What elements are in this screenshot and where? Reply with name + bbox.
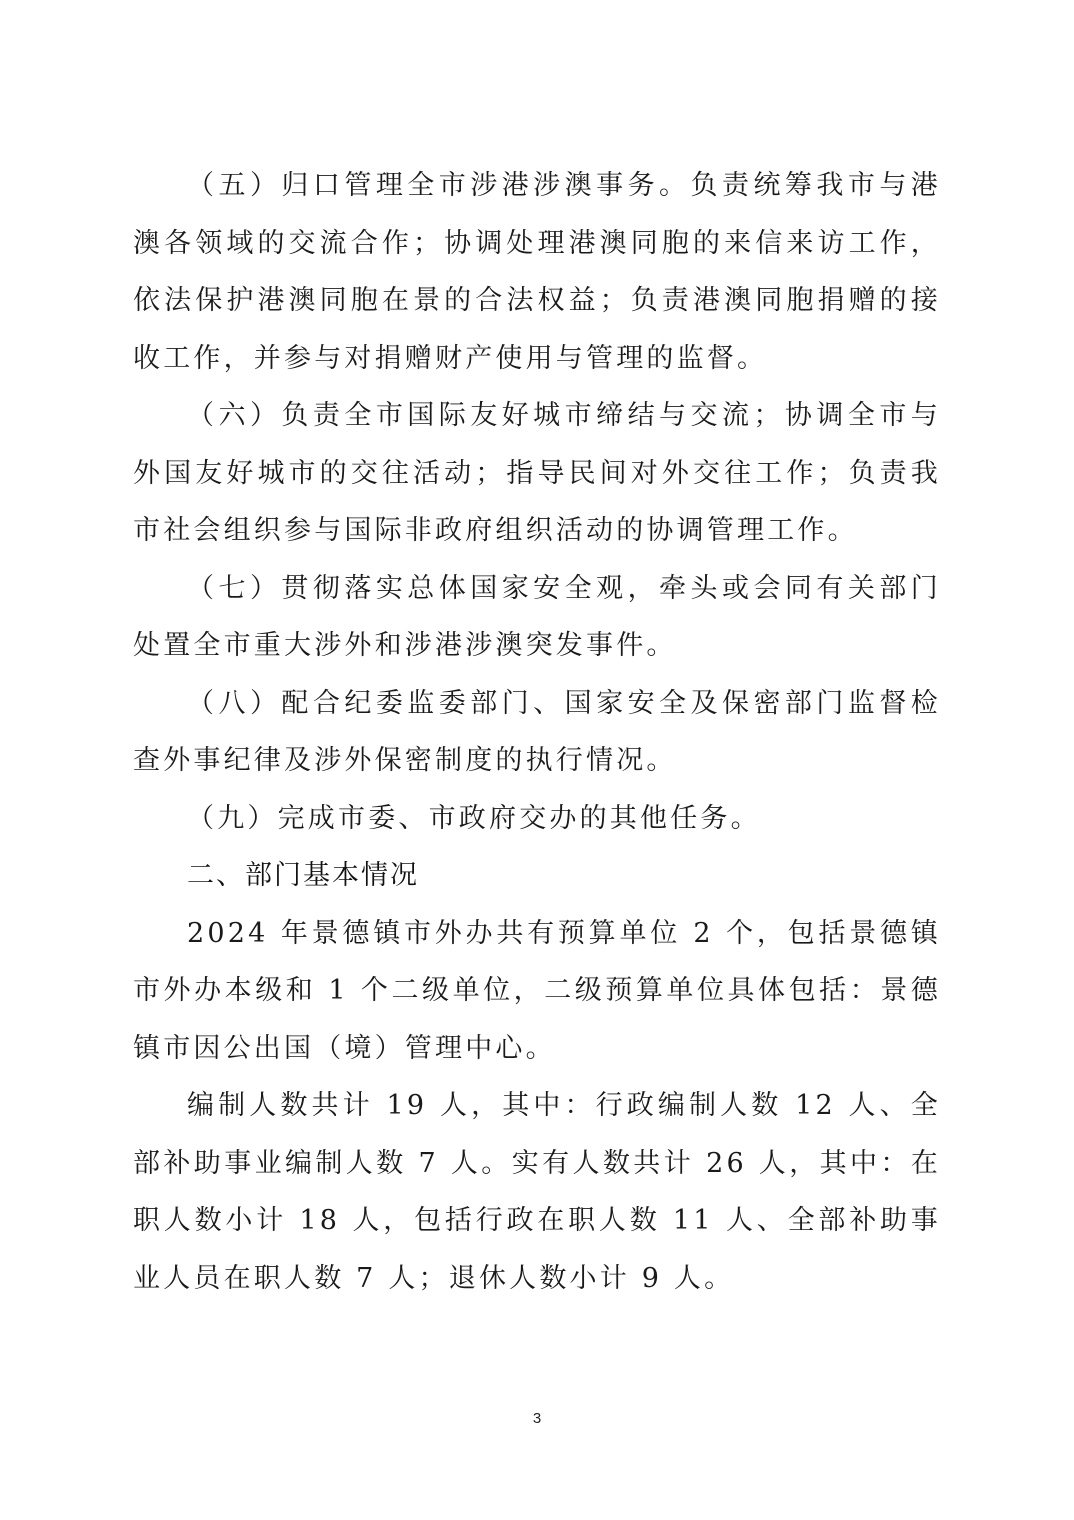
paragraph-item-5: （五）归口管理全市涉港涉澳事务。负责统筹我市与港澳各领域的交流合作；协调处理港澳… [133, 157, 941, 387]
paragraph-item-6: （六）负责全市国际友好城市缔结与交流；协调全市与外国友好城市的交往活动；指导民间… [133, 387, 941, 560]
section-heading: 二、部门基本情况 [133, 847, 941, 905]
paragraph-item-8: （八）配合纪委监委部门、国家安全及保密部门监督检查外事纪律及涉外保密制度的执行情… [133, 675, 941, 790]
document-page: （五）归口管理全市涉港涉澳事务。负责统筹我市与港澳各领域的交流合作；协调处理港澳… [133, 157, 941, 1307]
page-number: 3 [0, 1410, 1074, 1427]
paragraph-staffing: 编制人数共计 19 人，其中：行政编制人数 12 人、全部补助事业编制人数 7 … [133, 1077, 941, 1307]
paragraph-budget-units: 2024 年景德镇市外办共有预算单位 2 个，包括景德镇市外办本级和 1 个二级… [133, 905, 941, 1078]
paragraph-item-9: （九）完成市委、市政府交办的其他任务。 [133, 790, 941, 848]
paragraph-item-7: （七）贯彻落实总体国家安全观，牵头或会同有关部门处置全市重大涉外和涉港涉澳突发事… [133, 560, 941, 675]
